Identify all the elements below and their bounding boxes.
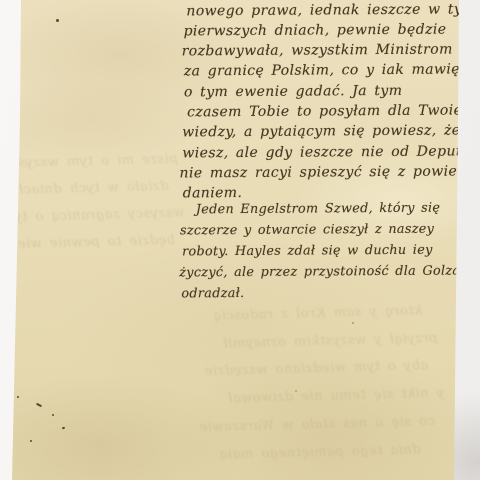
- letter-line: życzyć, ale przez przystoiność dla Golza: [179, 265, 460, 280]
- ink-speck: [56, 19, 59, 22]
- letter-line: o tym ewenie gadać. Ja tym: [184, 84, 402, 100]
- letter-paper: pisze mi o tym wszystkim co się działo w…: [0, 0, 480, 480]
- letter-line: szczerze y otwarcie cieszył z naszey: [180, 224, 434, 239]
- letter-line: pierwszych dniach, pewnie będzie: [183, 23, 446, 39]
- letter-line: za granicę Polskim, co y iak mawię: [184, 62, 460, 78]
- letter-line: wiesz, ale gdy ieszcze nie od Deputacyi: [182, 144, 480, 160]
- letter-line: wiedzy, a pytaiącym się powiesz, że: [182, 123, 460, 139]
- ink-speck: [17, 396, 19, 398]
- letter-line: Jeden Engelstrom Szwed, który się: [196, 203, 441, 218]
- scan-background: pisze mi o tym wszystkim co się działo w…: [0, 0, 480, 480]
- letter-line: rozbawywała, wszystkim Ministrom: [182, 43, 453, 59]
- letter-line: odradzał.: [181, 288, 244, 301]
- letter-line: czasem Tobie to posyłam dla Twoiey: [187, 103, 471, 119]
- letter-line: nie masz racyi spieszyć się z powie-: [179, 164, 462, 180]
- letter-line: roboty. Hayles zdał się w duchu iey: [182, 245, 433, 260]
- ink-speck: [352, 322, 354, 324]
- ink-speck: [52, 414, 54, 416]
- letter-line: daniem.: [183, 186, 243, 200]
- letter-line: nowego prawa, iednak ieszcze w tych: [186, 2, 480, 18]
- letter-text: nowego prawa, iednak ieszcze w tych pier…: [0, 0, 480, 480]
- ink-speck: [295, 390, 297, 392]
- letter-paragraph-1: nowego prawa, iednak ieszcze w tych pier…: [0, 0, 478, 2]
- ink-speck: [30, 440, 32, 442]
